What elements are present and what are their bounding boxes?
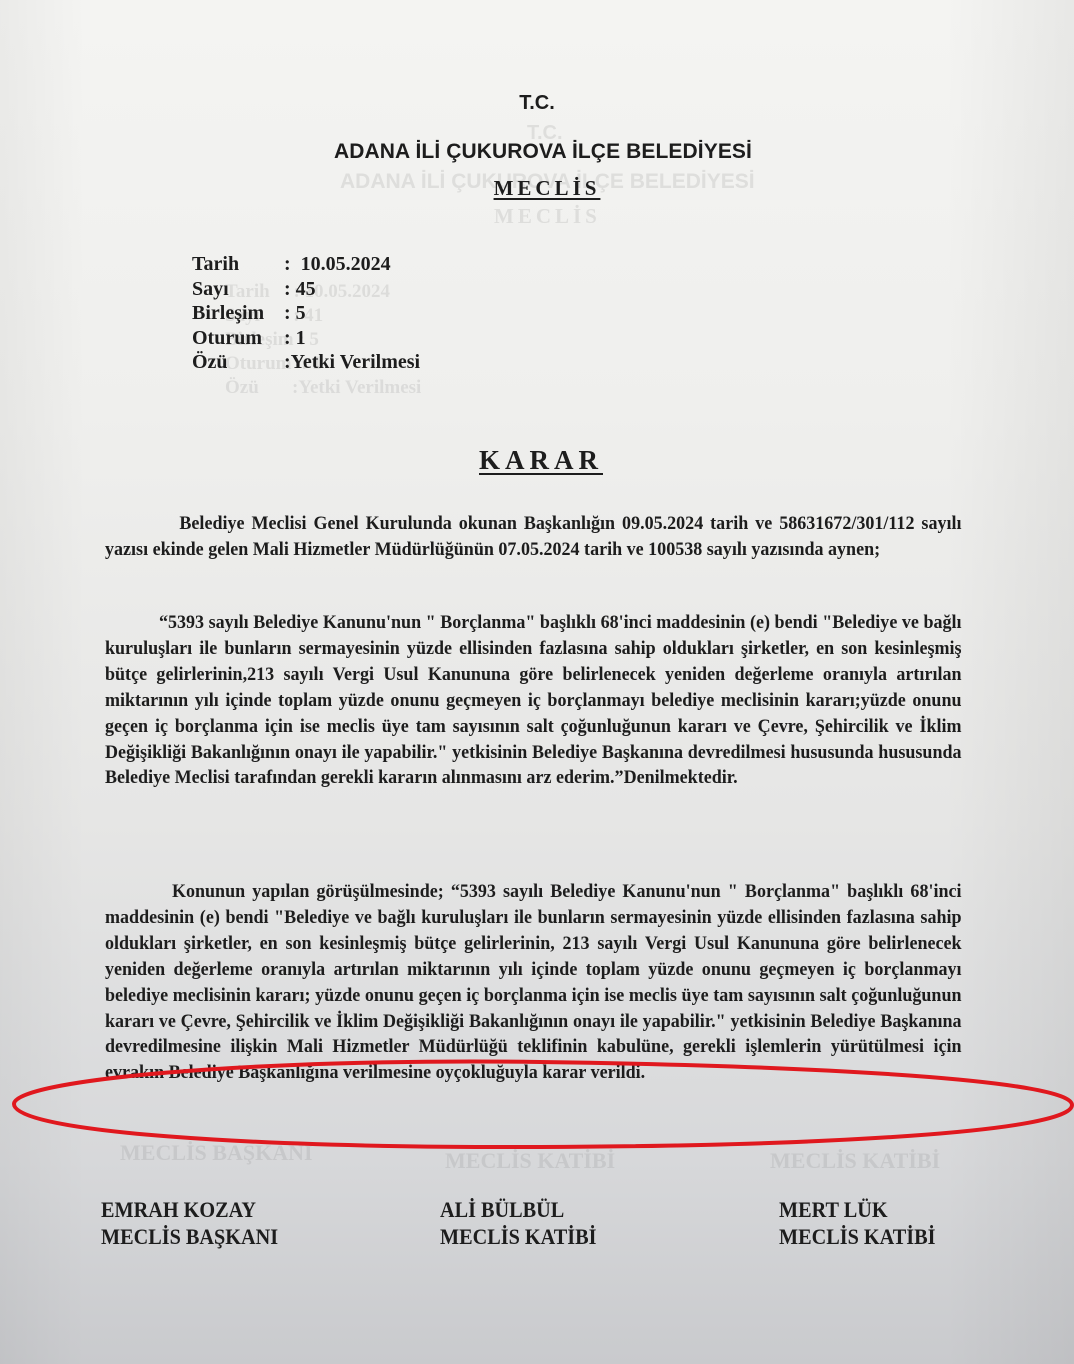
paragraph-text: Belediye Meclisi Genel Kurulunda okunan … <box>105 511 962 563</box>
paragraph-decision: Konunun yapılan görüşülmesinde; “5393 sa… <box>105 879 962 1086</box>
signatory-name: EMRAH KOZAY <box>101 1196 278 1223</box>
signature-block-chair: EMRAH KOZAY MECLİS BAŞKANI <box>101 1196 278 1250</box>
meta-row-date: Tarih : 10.05.2024 <box>192 252 420 277</box>
header-body-label: MECLİS <box>494 176 601 200</box>
meta-key: Sayı <box>192 277 284 302</box>
meta-value: : 5 <box>284 301 306 326</box>
paragraph-text: Konunun yapılan görüşülmesinde; “5393 sa… <box>105 879 962 1086</box>
meta-row-session: Birleşim : 5 <box>192 301 420 326</box>
bleed-through-text: MECLİS KATİBİ <box>770 1148 940 1174</box>
meta-row-number: Sayı : 45 <box>192 277 420 302</box>
meta-key: Oturum <box>192 326 284 351</box>
header-country: T.C. <box>0 92 1074 115</box>
signatory-name: MERT LÜK <box>779 1196 936 1223</box>
signature-block-clerk-1: ALİ BÜLBÜL MECLİS KATİBİ <box>440 1196 597 1250</box>
paragraph-intro: Belediye Meclisi Genel Kurulunda okunan … <box>105 511 962 563</box>
signatory-role: MECLİS BAŞKANI <box>101 1223 278 1250</box>
header-municipality: ADANA İLİ ÇUKUROVA İLÇE BELEDİYESİ <box>6 140 1074 164</box>
paragraph-text: “5393 sayılı Belediye Kanunu'nun " Borçl… <box>105 610 962 791</box>
decision-title-label: KARAR <box>479 445 603 475</box>
meta-row-subject: Özü :Yetki Verilmesi <box>192 350 420 375</box>
header-body: MECLİS <box>10 176 1074 201</box>
signatory-name: ALİ BÜLBÜL <box>440 1196 597 1223</box>
meta-value: :Yetki Verilmesi <box>284 350 420 375</box>
meta-key: Özü <box>192 350 284 375</box>
signatory-role: MECLİS KATİBİ <box>440 1223 597 1250</box>
meta-value: : 1 <box>284 326 306 351</box>
meta-row-sitting: Oturum : 1 <box>192 326 420 351</box>
meta-key: Birleşim <box>192 301 284 326</box>
meta-value: : 45 <box>284 277 316 302</box>
meta-value: : 10.05.2024 <box>284 252 391 277</box>
signatory-role: MECLİS KATİBİ <box>779 1223 936 1250</box>
signature-block-clerk-2: MERT LÜK MECLİS KATİBİ <box>779 1196 936 1250</box>
bleed-through-text: MECLİS BAŞKANI <box>120 1140 313 1166</box>
decision-title: KARAR <box>0 445 1074 476</box>
meta-key: Tarih <box>192 252 284 277</box>
document-meta: Tarih : 10.05.2024 Sayı : 45 Birleşim : … <box>192 252 420 375</box>
bleed-through-text: MECLİS KATİBİ <box>445 1148 615 1174</box>
paragraph-quote: “5393 sayılı Belediye Kanunu'nun " Borçl… <box>105 610 962 791</box>
bleed-through-text: MECLİS <box>494 204 601 229</box>
